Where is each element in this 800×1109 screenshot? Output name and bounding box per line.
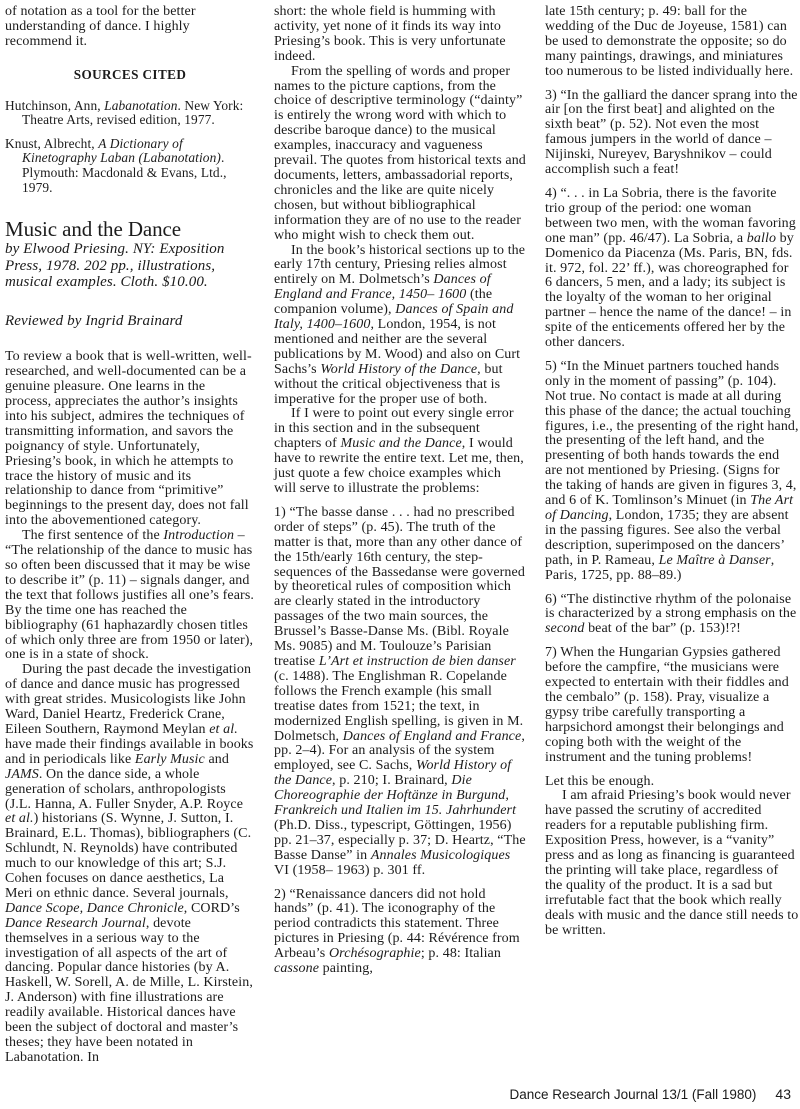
sources-cited-heading: SOURCES CITED — [5, 68, 255, 83]
column-2: short: the whole field is humming with a… — [274, 5, 526, 1066]
paragraph-continuation: short: the whole field is humming with a… — [274, 5, 526, 65]
paragraph: If I were to point out every single erro… — [274, 407, 526, 496]
paragraph: To review a book that is well-written, w… — [5, 350, 255, 529]
numbered-example-2: 2) “Renaissance dancers did not hold han… — [274, 888, 526, 977]
source-entry: Hutchinson, Ann, Labanotation. New York:… — [5, 99, 255, 128]
page-footer: Dance Research Journal 13/1 (Fall 1980)4… — [510, 1086, 791, 1102]
numbered-example-5: 5) “In the Minuet partners touched hands… — [545, 360, 799, 584]
numbered-example-7: 7) When the Hungarian Gypsies gathered b… — [545, 646, 799, 765]
source-entry: Knust, Albrecht, A Dictionary of Kinetog… — [5, 137, 255, 195]
column-1: of notation as a tool for the better und… — [5, 5, 255, 1066]
previous-review-continuation: of notation as a tool for the better und… — [5, 5, 255, 50]
article-title: Music and the Dance — [5, 218, 255, 240]
numbered-example-3: 3) “In the galliard the dancer sprang in… — [545, 89, 799, 178]
numbered-example-1: 1) “The basse danse . . . had no prescri… — [274, 506, 526, 879]
paragraph-continuation: late 15th century; p. 49: ball for the w… — [545, 5, 799, 80]
numbered-example-6: 6) “The distinctive rhythm of the polona… — [545, 593, 799, 638]
paragraph: The first sentence of the Introduction –… — [5, 529, 255, 663]
page-number: 43 — [775, 1086, 791, 1102]
journal-page: of notation as a tool for the better und… — [0, 0, 800, 1109]
closing-line: Let this be enough. — [545, 775, 799, 790]
article-byline: by Elwood Priesing. NY: Exposition Press… — [5, 241, 255, 290]
journal-citation: Dance Research Journal 13/1 (Fall 1980) — [510, 1087, 757, 1102]
column-3: late 15th century; p. 49: ball for the w… — [545, 5, 799, 1066]
paragraph: During the past decade the investigation… — [5, 663, 255, 1065]
page-columns: of notation as a tool for the better und… — [0, 0, 800, 1066]
paragraph: From the spelling of words and proper na… — [274, 65, 526, 244]
numbered-example-4: 4) “. . . in La Sobria, there is the fav… — [545, 187, 799, 351]
closing-paragraph: I am afraid Priesing’s book would never … — [545, 789, 799, 938]
reviewer-line: Reviewed by Ingrid Brainard — [5, 314, 255, 329]
paragraph: In the book’s historical sections up to … — [274, 244, 526, 408]
